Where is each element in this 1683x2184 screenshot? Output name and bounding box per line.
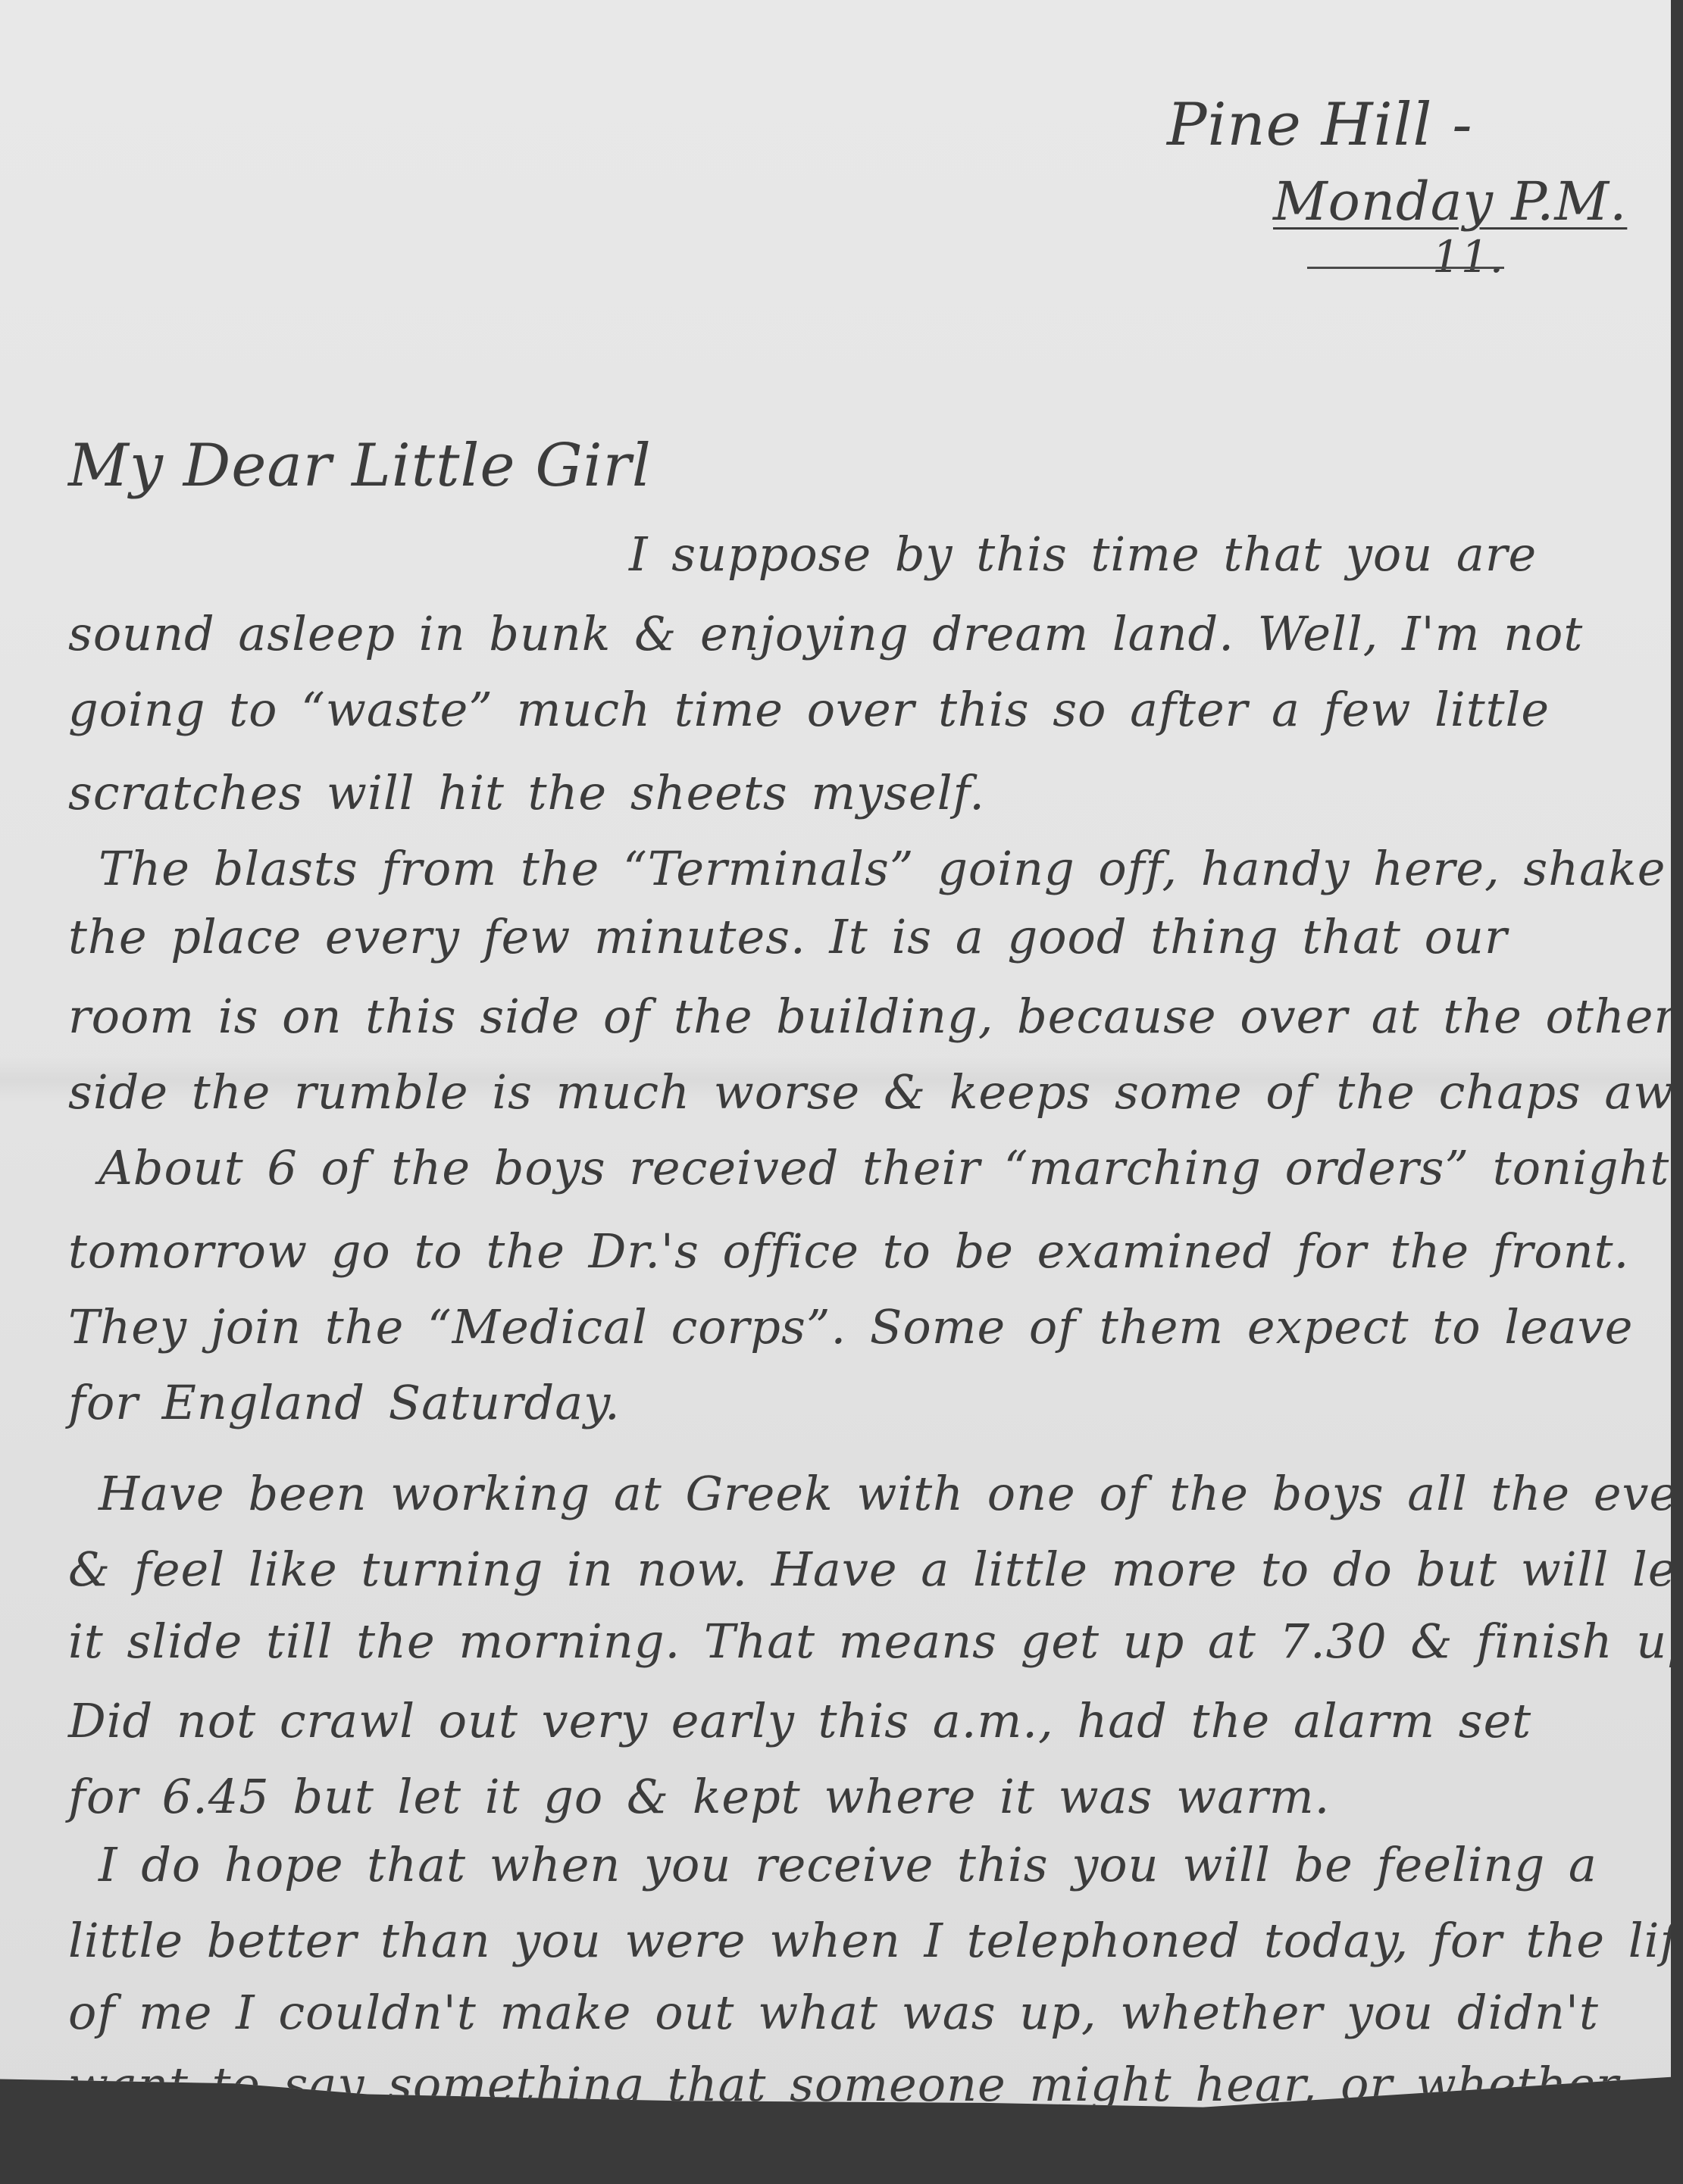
letter-line: The blasts from the “Terminals” going of… [99, 841, 1666, 896]
letter-line: & feel like turning in now. Have a littl… [68, 1542, 1683, 1597]
letter-page: Pine Hill - Monday P.M. 11. My Dear Litt… [0, 0, 1671, 2159]
letter-date: 11. [1432, 231, 1504, 283]
letter-line: room is on this side of the building, be… [68, 989, 1677, 1044]
letter-line: tomorrow go to the Dr.'s office to be ex… [68, 1223, 1629, 1279]
salutation: My Dear Little Girl [68, 432, 652, 500]
letter-line: little better than you were when I telep… [68, 1913, 1683, 1968]
letter-line: the place every few minutes. It is a goo… [68, 909, 1508, 964]
letter-line: want to say something that someone might… [68, 2057, 1619, 2112]
letter-line: They join the “Medical corps”. Some of t… [68, 1299, 1633, 1354]
letter-line: Did not crawl out very early this a.m., … [68, 1693, 1531, 1748]
letter-line: I do hope that when you receive this you… [99, 1837, 1597, 1892]
letter-line: About 6 of the boys received their “marc… [99, 1140, 1683, 1195]
letter-line: side the rumble is much worse & keeps so… [68, 1064, 1683, 1120]
letter-line: I suppose by this time that you are [629, 526, 1537, 582]
letter-place: Pine Hill - [1167, 91, 1473, 159]
heading-underline [1307, 267, 1504, 269]
letter-line: of me I couldn't make out what was up, w… [68, 1985, 1599, 2040]
letter-line: Have been working at Greek with one of t… [99, 1466, 1683, 1521]
letter-line: sound asleep in bunk & enjoying dream la… [68, 606, 1583, 661]
letter-line: going to “waste” much time over this so … [68, 682, 1550, 737]
letter-line: it slide till the morning. That means ge… [68, 1614, 1683, 1669]
letter-day: Monday P.M. [1273, 170, 1627, 233]
letter-line: for England Saturday. [68, 1375, 621, 1430]
letter-line: scratches will hit the sheets myself. [68, 765, 985, 820]
letter-line: for 6.45 but let it go & kept where it w… [68, 1769, 1330, 1824]
